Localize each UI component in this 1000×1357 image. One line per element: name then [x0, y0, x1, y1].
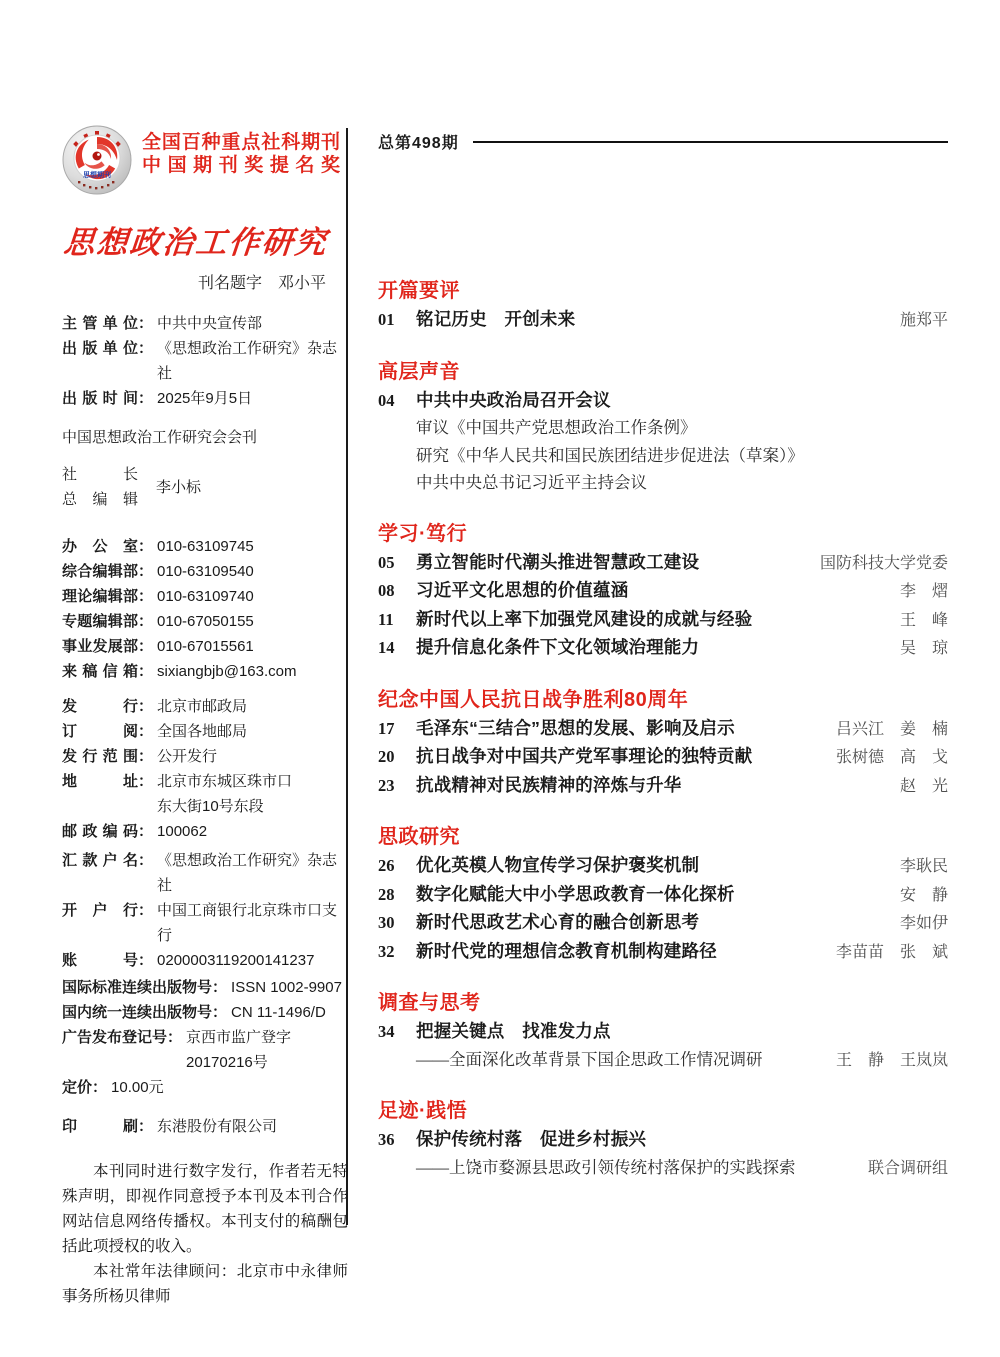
toc-section-footprints-insights: 足迹·践悟 36 保护传统村落 促进乡村振兴 ——上饶市婺源县思政引领传统村落保… [378, 1097, 948, 1182]
toc-entry: 23 抗战精神对民族精神的淬炼与升华 赵 光 [378, 772, 948, 801]
article-author: 王 峰 [888, 607, 948, 635]
toc-entry: 20 抗日战争对中国共产党军事理论的独特贡献 张树德 高 戈 [378, 743, 948, 772]
issue-header: 总第498期 [378, 130, 948, 153]
info-value: 2025年9月5日 [157, 386, 348, 411]
info-row: 出版单位： 《思想政治工作研究》杂志社 [62, 336, 348, 386]
label-colon: ： [138, 386, 153, 411]
article-author: 赵 光 [888, 773, 948, 801]
label-colon: ： [138, 311, 153, 336]
toc-entry: 11 新时代以上率下加强党风建设的成就与经验 王 峰 [378, 606, 948, 635]
legal-notice: 本刊同时进行数字发行，作者若无特殊声明，即视作同意授予本刊及本刊合作网站信息网络… [62, 1159, 348, 1309]
info-label: 事业发展部 [62, 634, 138, 659]
label-colon: ： [138, 719, 153, 744]
label-colon: ： [138, 584, 153, 609]
article-author: 联合调研组 [856, 1155, 948, 1183]
info-row: 来稿信箱： sixiangbjb@163.com [62, 659, 348, 684]
toc-entry: 36 保护传统村落 促进乡村振兴 [378, 1126, 948, 1154]
toc-entry: 17 毛泽东“三结合”思想的发展、影响及启示 吕兴江 姜 楠 [378, 715, 948, 744]
info-value: 010-63109540 [157, 559, 348, 584]
page-number: 28 [378, 881, 416, 909]
info-label: 印刷 [62, 1114, 138, 1139]
section-heading: 学习·笃行 [378, 520, 948, 549]
info-label: 理论编辑部 [62, 584, 138, 609]
article-author: 施郑平 [888, 307, 948, 335]
article-title: 优化英模人物宣传学习保护褒奖机制 [416, 852, 699, 880]
info-value: 10.00元 [111, 1075, 348, 1100]
page-number: 17 [378, 715, 416, 743]
info-value: sixiangbjb@163.com [157, 659, 348, 684]
page-number: 08 [378, 577, 416, 605]
article-title: 习近平文化思想的价值蕴涵 [416, 577, 628, 605]
info-row: 发行范围： 公开发行 [62, 744, 348, 769]
medal-center-text: 思想期刊 [83, 170, 111, 179]
info-label: 主管单位 [62, 311, 138, 336]
info-row: 印刷： 东港股份有限公司 [62, 1114, 348, 1139]
affiliation-line: 中国思想政治工作研究会会刊 [62, 425, 348, 450]
page-number: 05 [378, 549, 416, 577]
info-label: 出版时间 [62, 386, 138, 411]
info-row: 开户行： 中国工商银行北京珠市口支行 [62, 898, 348, 948]
registration-group: 国际标准连续出版物号： ISSN 1002-9907 国内统一连续出版物号： C… [62, 975, 348, 1100]
toc-section-top-voices: 高层声音 04 中共中央政治局召开会议 审议《中国共产党思想政治工作条例》 研究… [378, 358, 948, 497]
label-colon: ： [138, 534, 153, 559]
info-row: 国内统一连续出版物号： CN 11-1496/D [62, 1000, 348, 1025]
info-value: CN 11-1496/D [231, 1000, 348, 1025]
info-label: 发行范围 [62, 744, 138, 769]
info-row: 理论编辑部： 010-63109740 [62, 584, 348, 609]
leadership-block: 社长 总编辑 李小标 [62, 462, 348, 512]
info-value: 中国工商银行北京珠市口支行 [157, 898, 348, 948]
article-title: 铭记历史 开创未来 [416, 306, 575, 334]
label-colon: ： [167, 1025, 182, 1050]
label-colon: ： [138, 898, 153, 923]
info-row: 广告发布登记号： 京西市监广登字20170216号 [62, 1025, 348, 1075]
page-number: 34 [378, 1018, 416, 1046]
info-label: 地址 [62, 769, 138, 794]
label-colon: ： [138, 659, 153, 684]
label-colon: ： [138, 336, 153, 361]
info-label: 汇款户名 [62, 848, 138, 873]
leader-roles: 社长 总编辑 [62, 462, 138, 512]
section-heading: 高层声音 [378, 358, 948, 387]
info-value: 公开发行 [157, 744, 348, 769]
leader-role-chief-editor: 总编辑 [62, 487, 138, 512]
distribution-group: 发行： 北京市邮政局 订阅： 全国各地邮局 发行范围： 公开发行 地址： 北京市… [62, 694, 348, 844]
leader-name: 李小标 [156, 475, 201, 500]
article-title: 新时代党的理想信念教育机制构建路径 [416, 938, 717, 966]
info-row: 事业发展部： 010-67015561 [62, 634, 348, 659]
info-row: 办公室： 010-63109745 [62, 534, 348, 559]
page-number: 01 [378, 306, 416, 334]
page-number: 23 [378, 772, 416, 800]
page-number: 36 [378, 1126, 416, 1154]
info-row: 国际标准连续出版物号： ISSN 1002-9907 [62, 975, 348, 1000]
info-label: 广告发布登记号 [62, 1025, 167, 1050]
toc-column: 总第498期 开篇要评 01 铭记历史 开创未来 施郑平 高层声音 04 中共中… [378, 130, 948, 1205]
article-author: 国防科技大学党委 [808, 550, 948, 578]
toc-entry: 28 数字化赋能大中小学思政教育一体化探析 安 静 [378, 881, 948, 910]
article-title: 抗日战争对中国共产党军事理论的独特贡献 [416, 743, 752, 771]
section-heading: 足迹·践悟 [378, 1097, 948, 1126]
page-number: 30 [378, 909, 416, 937]
info-label: 账号 [62, 948, 138, 973]
label-colon: ： [138, 819, 153, 844]
header-rule [473, 141, 948, 143]
info-row: 账号： 0200003119200141237 [62, 948, 348, 973]
table-of-contents: 开篇要评 01 铭记历史 开创未来 施郑平 高层声音 04 中共中央政治局召开会… [378, 277, 948, 1182]
article-author: 安 静 [888, 882, 948, 910]
masthead-column: 思想期刊 全国百种重点社科期刊 中国期刊奖提名奖 思想政治工作研究 刊名题字 邓… [62, 125, 348, 1309]
award-line-1: 全国百种重点社科期刊 [142, 131, 340, 154]
address-line-2: 东大街10号东段 [157, 794, 348, 819]
journal-award-medal-icon: 思想期刊 [62, 125, 132, 195]
article-subtitle: 研究《中华人民共和国民族团结进步促进法（草案）》 [378, 442, 948, 470]
award-line-2: 中国期刊奖提名奖 [142, 154, 340, 177]
bank-group: 汇款户名： 《思想政治工作研究》杂志社 开户行： 中国工商银行北京珠市口支行 账… [62, 848, 348, 973]
subtitle-text: ——全面深化改革背景下国企思政工作情况调研 [416, 1046, 763, 1074]
title-credit: 刊名题字 邓小平 [62, 270, 348, 293]
info-label: 国际标准连续出版物号 [62, 975, 212, 1000]
page-number: 26 [378, 852, 416, 880]
legal-counsel-notice: 本社常年法律顾问：北京市中永律师事务所杨贝律师 [62, 1259, 348, 1309]
info-row: 邮政编码： 100062 [62, 819, 348, 844]
info-label: 定价 [62, 1075, 92, 1100]
toc-entry: 14 提升信息化条件下文化领域治理能力 吴 琼 [378, 634, 948, 663]
info-row: 订阅： 全国各地邮局 [62, 719, 348, 744]
info-value: ISSN 1002-9907 [231, 975, 348, 1000]
label-colon: ： [138, 634, 153, 659]
award-titles: 全国百种重点社科期刊 中国期刊奖提名奖 [142, 131, 340, 177]
toc-section-ideological-research: 思政研究 26 优化英模人物宣传学习保护褒奖机制 李耿民 28 数字化赋能大中小… [378, 823, 948, 966]
article-author: 李 熠 [888, 578, 948, 606]
publisher-group: 主管单位： 中共中央宣传部 出版单位： 《思想政治工作研究》杂志社 出版时间： … [62, 311, 348, 411]
label-colon: ： [138, 694, 153, 719]
label-colon: ： [138, 1114, 153, 1139]
toc-entry: 05 勇立智能时代潮头推进智慧政工建设 国防科技大学党委 [378, 549, 948, 578]
section-heading: 思政研究 [378, 823, 948, 852]
toc-entry: 26 优化英模人物宣传学习保护褒奖机制 李耿民 [378, 852, 948, 881]
toc-entry: 34 把握关键点 找准发力点 [378, 1018, 948, 1046]
subtitle-text: ——上饶市婺源县思政引领传统村落保护的实践探索 [416, 1154, 796, 1182]
info-value: 010-63109745 [157, 534, 348, 559]
info-label: 来稿信箱 [62, 659, 138, 684]
info-label: 专题编辑部 [62, 609, 138, 634]
article-author: 李耿民 [888, 853, 948, 881]
info-value: 全国各地邮局 [157, 719, 348, 744]
label-colon: ： [212, 1000, 227, 1025]
info-value: 《思想政治工作研究》杂志社 [157, 336, 348, 386]
info-label: 开户行 [62, 898, 138, 923]
toc-section-war-anniversary: 纪念中国人民抗日战争胜利80周年 17 毛泽东“三结合”思想的发展、影响及启示 … [378, 686, 948, 801]
info-value: 东港股份有限公司 [157, 1114, 348, 1139]
article-subtitle: 中共中央总书记习近平主持会议 [378, 469, 948, 497]
page-number: 20 [378, 743, 416, 771]
section-heading: 纪念中国人民抗日战争胜利80周年 [378, 686, 948, 715]
article-author: 吴 琼 [888, 635, 948, 663]
section-heading: 开篇要评 [378, 277, 948, 306]
publication-info: 主管单位： 中共中央宣传部 出版单位： 《思想政治工作研究》杂志社 出版时间： … [62, 311, 348, 1309]
info-label: 综合编辑部 [62, 559, 138, 584]
label-colon: ： [138, 848, 153, 873]
article-title: 勇立智能时代潮头推进智慧政工建设 [416, 549, 699, 577]
info-value: 北京市东城区珠市口 [157, 769, 348, 794]
article-title: 毛泽东“三结合”思想的发展、影响及启示 [416, 715, 735, 743]
page-number: 04 [378, 387, 416, 415]
info-label: 国内统一连续出版物号 [62, 1000, 212, 1025]
info-row: 出版时间： 2025年9月5日 [62, 386, 348, 411]
article-subtitle: ——全面深化改革背景下国企思政工作情况调研 王 静 王岚岚 [378, 1046, 948, 1075]
article-author: 王 静 王岚岚 [824, 1047, 948, 1075]
toc-section-survey-reflection: 调查与思考 34 把握关键点 找准发力点 ——全面深化改革背景下国企思政工作情况… [378, 989, 948, 1074]
page-number: 32 [378, 938, 416, 966]
info-value: 京西市监广登字20170216号 [186, 1025, 348, 1075]
toc-entry: 30 新时代思政艺术心育的融合创新思考 李如伊 [378, 909, 948, 938]
info-value: 北京市邮政局 [157, 694, 348, 719]
column-divider [346, 128, 348, 1225]
section-heading: 调查与思考 [378, 989, 948, 1018]
digital-distribution-notice: 本刊同时进行数字发行，作者若无特殊声明，即视作同意授予本刊及本刊合作网站信息网络… [62, 1159, 348, 1259]
issue-number: 总第498期 [378, 130, 459, 153]
info-row: 主管单位： 中共中央宣传部 [62, 311, 348, 336]
label-colon: ： [92, 1075, 107, 1100]
info-value: 《思想政治工作研究》杂志社 [157, 848, 348, 898]
article-title: 新时代思政艺术心育的融合创新思考 [416, 909, 699, 937]
article-title: 抗战精神对民族精神的淬炼与升华 [416, 772, 682, 800]
toc-entry: 04 中共中央政治局召开会议 [378, 387, 948, 415]
article-subtitle: ——上饶市婺源县思政引领传统村落保护的实践探索 联合调研组 [378, 1154, 948, 1183]
article-title: 中共中央政治局召开会议 [416, 387, 611, 415]
toc-entry: 08 习近平文化思想的价值蕴涵 李 熠 [378, 577, 948, 606]
article-title: 保护传统村落 促进乡村振兴 [416, 1126, 646, 1154]
toc-entry: 01 铭记历史 开创未来 施郑平 [378, 306, 948, 335]
article-author: 李如伊 [888, 910, 948, 938]
journal-title-calligraphy: 思想政治工作研究 [62, 217, 352, 262]
page-number: 14 [378, 634, 416, 662]
contacts-group: 办公室： 010-63109745 综合编辑部： 010-63109540 理论… [62, 534, 348, 684]
info-row: 专题编辑部： 010-67050155 [62, 609, 348, 634]
page-number: 11 [378, 606, 416, 634]
article-title: 把握关键点 找准发力点 [416, 1018, 611, 1046]
subtitle-text: 审议《中国共产党思想政治工作条例》 [416, 414, 697, 442]
article-author: 吕兴江 姜 楠 [824, 716, 948, 744]
toc-section-opening-review: 开篇要评 01 铭记历史 开创未来 施郑平 [378, 277, 948, 335]
info-label: 出版单位 [62, 336, 138, 361]
info-row: 发行： 北京市邮政局 [62, 694, 348, 719]
info-row: 地址： 北京市东城区珠市口 [62, 769, 348, 794]
info-row: 综合编辑部： 010-63109540 [62, 559, 348, 584]
info-value: 010-67015561 [157, 634, 348, 659]
article-author: 李苗苗 张 斌 [824, 939, 948, 967]
toc-entry: 32 新时代党的理想信念教育机制构建路径 李苗苗 张 斌 [378, 938, 948, 967]
info-value: 010-63109740 [157, 584, 348, 609]
label-colon: ： [138, 744, 153, 769]
info-row: 定价： 10.00元 [62, 1075, 348, 1100]
magazine-toc-page: 思想期刊 全国百种重点社科期刊 中国期刊奖提名奖 思想政治工作研究 刊名题字 邓… [0, 0, 1000, 1357]
label-colon: ： [138, 559, 153, 584]
info-label: 邮政编码 [62, 819, 138, 844]
info-value: 100062 [157, 819, 348, 844]
info-label: 发行 [62, 694, 138, 719]
info-value: 0200003119200141237 [157, 948, 348, 973]
toc-section-study-practice: 学习·笃行 05 勇立智能时代潮头推进智慧政工建设 国防科技大学党委 08 习近… [378, 520, 948, 663]
subtitle-text: 中共中央总书记习近平主持会议 [416, 469, 647, 497]
info-value: 中共中央宣传部 [157, 311, 348, 336]
leader-role-president: 社长 [62, 462, 138, 487]
label-colon: ： [138, 609, 153, 634]
article-title: 提升信息化条件下文化领域治理能力 [416, 634, 699, 662]
info-label: 订阅 [62, 719, 138, 744]
subtitle-text: 研究《中华人民共和国民族团结进步促进法（草案）》 [416, 442, 804, 470]
info-label: 办公室 [62, 534, 138, 559]
article-author: 张树德 高 戈 [824, 744, 948, 772]
printer-group: 印刷： 东港股份有限公司 [62, 1114, 348, 1139]
article-title: 新时代以上率下加强党风建设的成就与经验 [416, 606, 752, 634]
info-row: 汇款户名： 《思想政治工作研究》杂志社 [62, 848, 348, 898]
article-title: 数字化赋能大中小学思政教育一体化探析 [416, 881, 735, 909]
info-value: 010-67050155 [157, 609, 348, 634]
masthead-logo-row: 思想期刊 全国百种重点社科期刊 中国期刊奖提名奖 [62, 125, 348, 195]
label-colon: ： [212, 975, 227, 1000]
label-colon: ： [138, 948, 153, 973]
label-colon: ： [138, 769, 153, 794]
article-subtitle: 审议《中国共产党思想政治工作条例》 [378, 414, 948, 442]
